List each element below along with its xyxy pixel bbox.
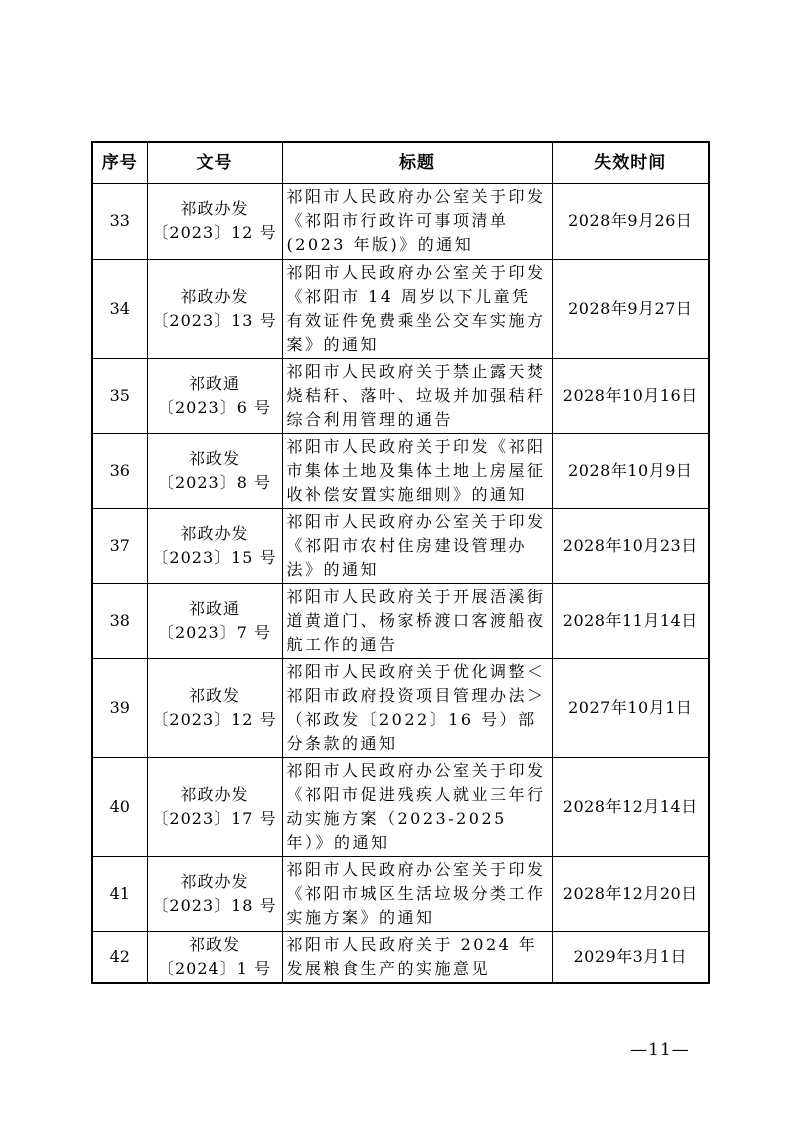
doc-number: 祁政办发 〔2023〕13 号	[147, 259, 282, 358]
expiry-date: 2028年10月16日	[552, 358, 709, 433]
doc-number: 祁政办发 〔2023〕15 号	[147, 508, 282, 583]
serial-number: 40	[92, 757, 147, 856]
doc-title: 祁阳市人民政府办公室关于印发《祁阳市行政许可事项清单(2023 年版)》的通知	[282, 183, 552, 259]
doc-number: 祁政发 〔2023〕8 号	[147, 433, 282, 508]
serial-number: 41	[92, 856, 147, 931]
expiring-documents-table: 序号 文号 标题 失效时间 33 祁政办发 〔2023〕12 号 祁阳市人民政府…	[91, 141, 710, 984]
doc-number: 祁政通 〔2023〕6 号	[147, 358, 282, 433]
table-row: 42 祁政发 〔2024〕1 号 祁阳市人民政府关于 2024 年发展粮食生产的…	[92, 931, 709, 983]
serial-number: 42	[92, 931, 147, 983]
table-header-row: 序号 文号 标题 失效时间	[92, 142, 709, 183]
expiry-date: 2028年12月20日	[552, 856, 709, 931]
doc-number: 祁政发 〔2023〕12 号	[147, 658, 282, 757]
table-row: 33 祁政办发 〔2023〕12 号 祁阳市人民政府办公室关于印发《祁阳市行政许…	[92, 183, 709, 259]
table-row: 36 祁政发 〔2023〕8 号 祁阳市人民政府关于印发《祁阳市集体土地及集体土…	[92, 433, 709, 508]
doc-number: 祁政办发 〔2023〕17 号	[147, 757, 282, 856]
doc-title: 祁阳市人民政府办公室关于印发《祁阳市促进残疾人就业三年行动实施方案（2023-2…	[282, 757, 552, 856]
serial-number: 37	[92, 508, 147, 583]
table-row: 37 祁政办发 〔2023〕15 号 祁阳市人民政府办公室关于印发《祁阳市农村住…	[92, 508, 709, 583]
doc-number: 祁政办发 〔2023〕18 号	[147, 856, 282, 931]
doc-number: 祁政通 〔2023〕7 号	[147, 583, 282, 658]
table-row: 40 祁政办发 〔2023〕17 号 祁阳市人民政府办公室关于印发《祁阳市促进残…	[92, 757, 709, 856]
serial-number: 33	[92, 183, 147, 259]
doc-title: 祁阳市人民政府关于禁止露天焚烧秸秆、落叶、垃圾并加强秸秆综合利用管理的通告	[282, 358, 552, 433]
table-row: 35 祁政通 〔2023〕6 号 祁阳市人民政府关于禁止露天焚烧秸秆、落叶、垃圾…	[92, 358, 709, 433]
header-serial-number: 序号	[92, 142, 147, 183]
table-row: 34 祁政办发 〔2023〕13 号 祁阳市人民政府办公室关于印发《祁阳市 14…	[92, 259, 709, 358]
serial-number: 36	[92, 433, 147, 508]
expiry-date: 2028年9月26日	[552, 183, 709, 259]
table-row: 38 祁政通 〔2023〕7 号 祁阳市人民政府关于开展浯溪街道黄道门、杨家桥渡…	[92, 583, 709, 658]
serial-number: 38	[92, 583, 147, 658]
expiry-date: 2029年3月1日	[552, 931, 709, 983]
doc-title: 祁阳市人民政府办公室关于印发《祁阳市 14 周岁以下儿童凭有效证件免费乘坐公交车…	[282, 259, 552, 358]
doc-number: 祁政发 〔2024〕1 号	[147, 931, 282, 983]
doc-title: 祁阳市人民政府办公室关于印发《祁阳市农村住房建设管理办法》的通知	[282, 508, 552, 583]
expiry-date: 2028年11月14日	[552, 583, 709, 658]
doc-title: 祁阳市人民政府关于开展浯溪街道黄道门、杨家桥渡口客渡船夜航工作的通告	[282, 583, 552, 658]
serial-number: 39	[92, 658, 147, 757]
table-row: 41 祁政办发 〔2023〕18 号 祁阳市人民政府办公室关于印发《祁阳市城区生…	[92, 856, 709, 931]
page-number: —11—	[620, 1040, 700, 1060]
expiry-date: 2028年12月14日	[552, 757, 709, 856]
header-title: 标题	[282, 142, 552, 183]
expiry-date: 2028年10月23日	[552, 508, 709, 583]
expiry-date: 2028年9月27日	[552, 259, 709, 358]
expiry-date: 2028年10月9日	[552, 433, 709, 508]
doc-title: 祁阳市人民政府关于优化调整＜祁阳市政府投资项目管理办法＞（祁政发〔2022〕16…	[282, 658, 552, 757]
serial-number: 35	[92, 358, 147, 433]
doc-number: 祁政办发 〔2023〕12 号	[147, 183, 282, 259]
serial-number: 34	[92, 259, 147, 358]
header-doc-number: 文号	[147, 142, 282, 183]
doc-title: 祁阳市人民政府办公室关于印发《祁阳市城区生活垃圾分类工作实施方案》的通知	[282, 856, 552, 931]
doc-title: 祁阳市人民政府关于 2024 年发展粮食生产的实施意见	[282, 931, 552, 983]
doc-title: 祁阳市人民政府关于印发《祁阳市集体土地及集体土地上房屋征收补偿安置实施细则》的通…	[282, 433, 552, 508]
table-row: 39 祁政发 〔2023〕12 号 祁阳市人民政府关于优化调整＜祁阳市政府投资项…	[92, 658, 709, 757]
header-expiry-date: 失效时间	[552, 142, 709, 183]
expiry-date: 2027年10月1日	[552, 658, 709, 757]
